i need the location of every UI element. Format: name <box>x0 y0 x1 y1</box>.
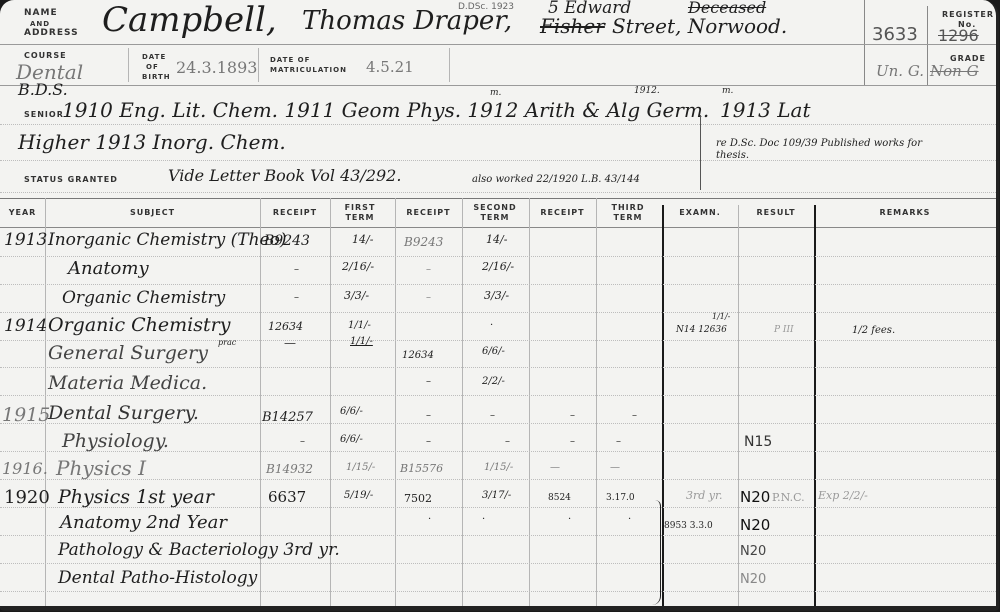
row-10-receipt3: · <box>568 514 571 525</box>
row-9-subject: Physics 1st year <box>58 486 214 508</box>
row-0-receipt2: B9243 <box>404 235 443 249</box>
row-4-subject: General Surgery <box>48 342 208 364</box>
row-0-receipt1: B9243 <box>264 233 310 249</box>
row-8-second-term: 1/15/- <box>484 462 513 473</box>
row-6-year: 1915 <box>2 404 50 426</box>
row-3-remarks: 1/2 fees. <box>852 325 895 336</box>
row-1-subject: Anatomy <box>68 258 149 279</box>
row-4-subject-sup: prac <box>218 338 236 347</box>
row-2-second-term: 3/3/- <box>484 289 509 302</box>
row-1-second-term: 2/16/- <box>482 260 514 273</box>
degree-note: D.DSc. 1923 <box>458 2 514 12</box>
row-0-second-term: 14/- <box>486 233 507 246</box>
row-3-subject: Organic Chemistry <box>48 314 230 336</box>
row-3-result: P III <box>774 325 794 335</box>
col-header-third-term: Third Term <box>598 203 658 223</box>
divider <box>864 0 865 86</box>
name-label-3: ADDRESS <box>24 28 79 38</box>
col-header-year: Year <box>0 208 45 218</box>
dob-label-2: OF <box>146 62 159 72</box>
row-1-receipt2: – <box>426 264 431 275</box>
row-6-receipt2: – <box>426 410 431 421</box>
row-6-subject: Dental Surgery. <box>48 402 199 424</box>
senior-line-1: 1910 Eng. Lit. Chem. 1911 Geom Phys. 191… <box>62 98 709 122</box>
status-extra: also worked 22/1920 L.B. 43/144 <box>472 174 640 185</box>
grade-value: Un. G. <box>876 62 924 80</box>
col-header-examn: Examn. <box>662 208 738 218</box>
row-rule <box>0 312 996 313</box>
col-divider <box>738 205 739 606</box>
rule <box>0 227 996 228</box>
status-value: Vide Letter Book Vol 43/292. <box>168 166 401 185</box>
divider <box>449 48 450 82</box>
row-0-first-term: 14/- <box>352 233 373 246</box>
register-number-struck: 1296 <box>938 26 979 45</box>
row-10-third-term: · <box>628 514 631 525</box>
row-4-first-term: 1/1/- <box>350 336 373 347</box>
matric-label-1: DATE OF <box>270 55 310 65</box>
address-street-struck: Fisher <box>540 14 605 38</box>
row-rule <box>0 591 996 592</box>
row-5-second-term: 2/2/- <box>482 376 505 387</box>
row-rule <box>0 535 996 536</box>
bracket-line <box>652 500 661 605</box>
col-header-first-term: First Term <box>332 203 388 223</box>
row-6-receipt1: B14257 <box>262 410 313 425</box>
matric-value: 4.5.21 <box>366 58 414 76</box>
row-7-third-term: – <box>616 436 621 447</box>
col-header-remarks: Remarks <box>814 208 996 218</box>
row-9-receipt1: 6637 <box>268 488 306 506</box>
row-4-second-term: 6/6/- <box>482 346 505 357</box>
dob-label-3: BIRTH <box>142 72 171 82</box>
row-2-first-term: 3/3/- <box>344 289 369 302</box>
col-header-receipt-3: Receipt <box>529 208 596 218</box>
surname: Campbell, <box>102 0 277 40</box>
divider <box>258 48 259 82</box>
col-divider <box>462 198 463 606</box>
row-rule <box>0 479 996 480</box>
col-header-second-term: Second Term <box>464 203 526 223</box>
col-header-subject: Subject <box>45 208 260 218</box>
row-9-receipt3: 8524 <box>548 493 571 503</box>
row-9-year: 1920 <box>4 487 50 508</box>
row-8-receipt3: — <box>550 462 560 473</box>
sup-1912: 1912. <box>634 86 660 96</box>
row-11-result: N20 <box>740 544 766 559</box>
col-divider <box>395 198 396 606</box>
row-10-receipt2: · <box>428 514 431 525</box>
row-3-year: 1914 <box>4 316 47 336</box>
row-10-examn: 8953 3.3.0 <box>664 521 713 531</box>
row-rule <box>0 395 996 396</box>
row-1-first-term: 2/16/- <box>342 260 374 273</box>
row-rule <box>0 563 996 564</box>
row-7-receipt3: – <box>570 436 575 447</box>
address-rest: Street, Norwood. <box>612 14 787 38</box>
row-3-second-term: · <box>490 320 493 331</box>
row-11-subject: Pathology & Bacteriology 3rd yr. <box>58 540 340 560</box>
row-rule <box>0 256 996 257</box>
row-8-receipt2: B15576 <box>400 462 443 475</box>
row-12-subject: Dental Patho-Histology <box>58 568 257 588</box>
row-10-result: N20 <box>740 516 770 534</box>
row-6-first-term: 6/6/- <box>340 406 363 417</box>
row-3-examn-sup: 1/1/- <box>712 312 730 321</box>
col-header-result: Result <box>738 208 814 218</box>
dob-value: 24.3.1893 <box>176 58 257 77</box>
file-number: 3633 <box>872 24 918 45</box>
divider <box>927 6 928 86</box>
row-7-second-term: – <box>505 436 510 447</box>
sup-m: m. <box>490 88 501 98</box>
row-0-year: 1913 <box>4 230 47 250</box>
row-8-third-term: — <box>610 462 620 473</box>
row-9-first-term: 5/19/- <box>344 490 373 501</box>
col-divider <box>662 205 664 606</box>
row-5-subject: Materia Medica. <box>48 372 207 394</box>
sup-m2: m. <box>722 86 733 96</box>
row-9-third-term: 3.17.0 <box>606 493 635 503</box>
row-0-subject: Inorganic Chemistry (Theo) <box>48 230 286 250</box>
row-rule <box>0 284 996 285</box>
row-7-receipt2: – <box>426 436 431 447</box>
row-10-second-term: · <box>482 514 485 525</box>
row-2-receipt2: – <box>426 292 431 303</box>
dsc-note: re D.Sc. Doc 109/39 Published works for … <box>716 138 946 162</box>
row-4-receipt2: 12634 <box>402 350 434 361</box>
senior-label: SENIOR <box>24 110 64 120</box>
row-8-first-term: 1/15/- <box>346 462 375 473</box>
status-label: STATUS GRANTED <box>24 175 118 185</box>
row-6-second-term: – <box>490 410 495 421</box>
row-7-first-term: 6/6/- <box>340 434 363 445</box>
row-9-examn: 3rd yr. <box>686 489 723 502</box>
row-7-result: N15 <box>744 434 772 450</box>
row-6-third-term: – <box>632 410 637 421</box>
rule <box>0 198 996 199</box>
name-label-1: NAME <box>24 8 58 18</box>
dotted-rule <box>0 192 996 193</box>
row-2-subject: Organic Chemistry <box>62 288 225 308</box>
row-5-receipt2: – <box>426 376 431 387</box>
row-3-receipt1: 12634 <box>268 320 303 333</box>
col-header-receipt-1: Receipt <box>260 208 330 218</box>
row-8-year: 1916. <box>2 459 48 478</box>
grade-struck: Non G <box>930 62 979 80</box>
senior-line-2: Higher 1913 Inorg. Chem. <box>18 130 286 154</box>
matric-label-2: MATRICULATION <box>270 65 347 75</box>
col-divider <box>45 198 46 606</box>
student-record-card: NAME AND ADDRESS Campbell, Thomas Draper… <box>0 0 999 611</box>
row-9-receipt2: 7502 <box>404 492 432 505</box>
row-rule <box>0 340 996 341</box>
row-rule <box>0 367 996 368</box>
col-divider <box>596 198 597 606</box>
row-9-second-term: 3/17/- <box>482 490 511 501</box>
row-12-result: N20 <box>740 572 766 587</box>
degree-line: B.D.S. <box>18 80 68 99</box>
row-9-remarks: Exp 2/2/- <box>818 489 868 502</box>
col-divider <box>529 198 530 606</box>
row-7-receipt1: – <box>300 436 305 447</box>
dotted-rule <box>0 124 996 125</box>
dotted-rule <box>0 160 996 161</box>
row-4-receipt1: — <box>284 336 296 350</box>
row-6-receipt3: – <box>570 410 575 421</box>
row-3-examn: N14 12636 <box>676 325 727 335</box>
row-9-result: N20 <box>740 488 770 506</box>
dob-label-1: DATE <box>142 52 166 62</box>
col-divider <box>814 205 816 606</box>
rule <box>0 85 996 86</box>
row-9-result-note: P.N.C. <box>772 491 805 504</box>
row-2-receipt1: – <box>294 292 299 303</box>
divider <box>700 115 701 190</box>
rule <box>0 44 996 45</box>
row-1-receipt1: – <box>294 264 299 275</box>
row-7-subject: Physiology. <box>62 430 169 452</box>
row-10-subject: Anatomy 2nd Year <box>60 512 227 533</box>
row-8-subject: Physics I <box>56 456 146 480</box>
senior-line-1-right: 1913 Lat <box>720 98 811 122</box>
col-header-receipt-2: Receipt <box>395 208 462 218</box>
row-8-receipt1: B14932 <box>266 462 313 476</box>
row-3-first-term: 1/1/- <box>348 320 371 331</box>
register-label-1: REGISTER <box>942 10 994 20</box>
divider <box>128 48 129 82</box>
